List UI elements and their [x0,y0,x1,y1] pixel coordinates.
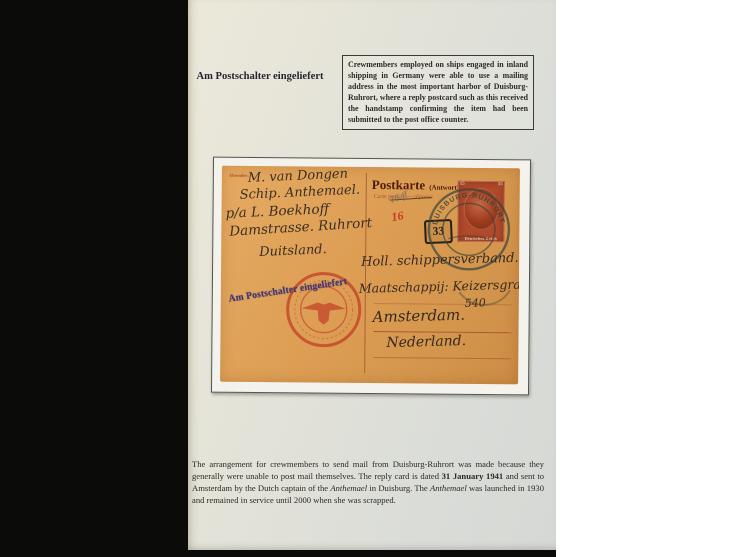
censor-eagle-glyph [302,302,346,324]
address-line: 540 [465,296,486,310]
svg-text:DUISBURG-RUHRORT: DUISBURG-RUHRORT [432,192,506,226]
info-box: Crewmembers employed on ships engaged in… [342,55,534,130]
album-page: Am Postschalter eingeliefert Crewmembers… [188,0,556,550]
postkarte-title-text: Postkarte [372,177,426,192]
postmark-town-text: DUISBURG-RUHRORT [432,192,506,226]
address-rule [374,303,512,305]
exhibit-photo: Am Postschalter eingeliefert Crewmembers… [0,0,740,557]
sender-line: Schip. Anthemael. [239,183,360,203]
address-line: Nederland. [386,333,466,351]
sender-line: Duitsland. [259,242,327,260]
red-crayon-number: 16 [390,208,404,225]
card-center-divider [364,173,367,373]
caption-ship-name: Anthemael [430,483,467,493]
caption-ship-name: Anthemael [330,483,367,493]
caption-date-bold: 31 January 1941 [442,471,504,481]
address-rule [373,357,511,359]
postcard: Absender: M. van Dongen Schip. Anthemael… [220,166,520,385]
address-line: Amsterdam. [372,306,465,326]
absender-label: Absender: [229,173,249,178]
caption-paragraph: The arrangement for crewmembers to send … [192,458,544,506]
caption-text: in Duisburg. The [367,483,430,493]
page-heading: Am Postschalter eingeliefert [187,70,333,82]
postcard-frame: Absender: M. van Dongen Schip. Anthemael… [211,157,531,396]
photo-black-backdrop: Am Postschalter eingeliefert Crewmembers… [0,0,556,557]
